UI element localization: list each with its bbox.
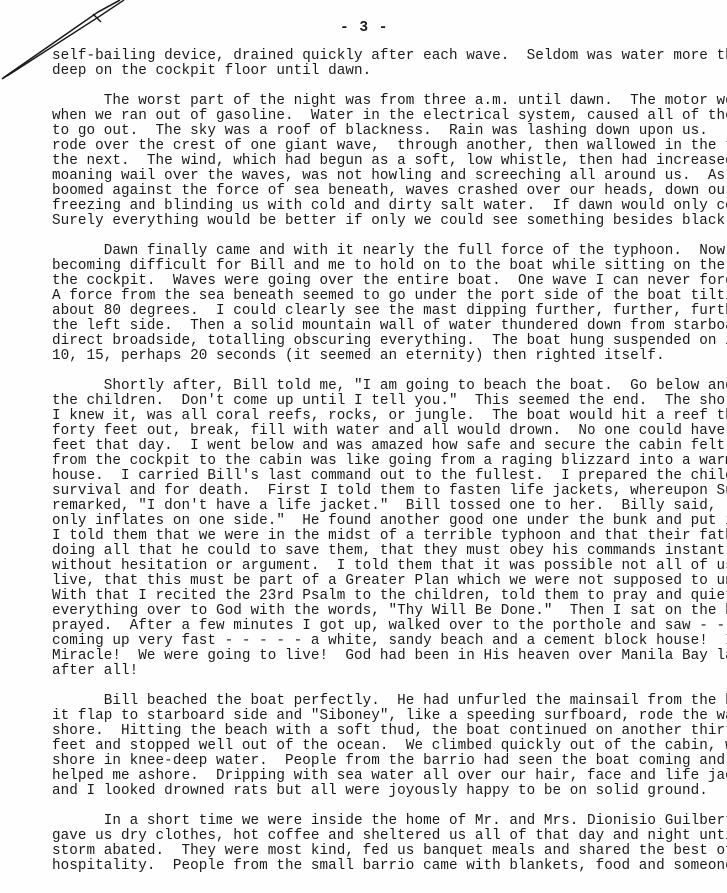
text-line: the next. The wind, which had begun as a…: [52, 154, 727, 169]
text-line: Surely everything would be better if onl…: [52, 214, 727, 229]
text-line: house. I carried Bill's last command out…: [52, 469, 727, 484]
text-line: self-bailing device, drained quickly aft…: [52, 49, 727, 64]
text-line: Dawn finally came and with it nearly the…: [52, 244, 727, 259]
text-line: 10, 15, perhaps 20 seconds (it seemed an…: [52, 349, 727, 364]
text-line: doing all that he could to save them, th…: [52, 544, 727, 559]
text-line: when we ran out of gasoline. Water in th…: [52, 109, 727, 124]
text-line: coming up very fast - - - - - a white, s…: [52, 634, 727, 649]
text-line: to go out. The sky was a roof of blackne…: [52, 124, 727, 139]
text-line: survival and for death. First I told the…: [52, 484, 727, 499]
text-line: about 80 degrees. I could clearly see th…: [52, 304, 727, 319]
text-line: after all!: [52, 664, 727, 679]
text-line: the children. Don't come up until I tell…: [52, 394, 727, 409]
text-line: Bill beached the boat perfectly. He had …: [52, 694, 727, 709]
typewritten-body: self-bailing device, drained quickly aft…: [52, 49, 727, 889]
text-line: A force from the sea beneath seemed to g…: [52, 289, 727, 304]
text-line: gave us dry clothes, hot coffee and shel…: [52, 829, 727, 844]
text-line: boomed against the force of sea beneath,…: [52, 184, 727, 199]
text-line: rode over the crest of one giant wave, t…: [52, 139, 727, 154]
paragraph: self-bailing device, drained quickly aft…: [52, 49, 727, 79]
page-number: - 3 -: [340, 20, 389, 36]
text-line: shore in knee-deep water. People from th…: [52, 754, 727, 769]
text-line: storm abated. They were most kind, fed u…: [52, 844, 727, 859]
text-line: prayed. After a few minutes I got up, wa…: [52, 619, 727, 634]
text-line: I told them that we were in the midst of…: [52, 529, 727, 544]
text-line: In a short time we were inside the home …: [52, 814, 727, 829]
text-line: remarked, "I don't have a life jacket." …: [52, 499, 727, 514]
text-line: Shortly after, Bill told me, "I am going…: [52, 379, 727, 394]
text-line: direct broadside, totalling obscuring ev…: [52, 334, 727, 349]
text-line: With that I recited the 23rd Psalm to th…: [52, 589, 727, 604]
text-line: feet and stopped well out of the ocean. …: [52, 739, 727, 754]
text-line: everything over to God with the words, "…: [52, 604, 727, 619]
document-page: - 3 - self-bailing device, drained quick…: [0, 0, 727, 893]
text-line: deep on the cockpit floor until dawn.: [52, 64, 727, 79]
text-line: I knew it, was all coral reefs, rocks, o…: [52, 409, 727, 424]
text-line: feet that day. I went below and was amaz…: [52, 439, 727, 454]
text-line: from the cockpit to the cabin was like g…: [52, 454, 727, 469]
text-line: becoming difficult for Bill and me to ho…: [52, 259, 727, 274]
paragraph: Shortly after, Bill told me, "I am going…: [52, 379, 727, 679]
paragraph: Dawn finally came and with it nearly the…: [52, 244, 727, 364]
text-line: without hesitation or argument. I told t…: [52, 559, 727, 574]
text-line: Miracle! We were going to live! God had …: [52, 649, 727, 664]
text-line: it flap to starboard side and "Siboney",…: [52, 709, 727, 724]
text-line: the left side. Then a solid mountain wal…: [52, 319, 727, 334]
text-line: shore. Hitting the beach with a soft thu…: [52, 724, 727, 739]
text-line: and I looked drowned rats but all were j…: [52, 784, 727, 799]
paragraph: The worst part of the night was from thr…: [52, 94, 727, 229]
text-line: only inflates on one side." He found ano…: [52, 514, 727, 529]
paragraph: In a short time we were inside the home …: [52, 814, 727, 874]
text-line: The worst part of the night was from thr…: [52, 94, 727, 109]
text-line: live, that this must be part of a Greate…: [52, 574, 727, 589]
text-line: freezing and blinding us with cold and d…: [52, 199, 727, 214]
text-line: moaning wail over the waves, was not how…: [52, 169, 727, 184]
text-line: forty feet out, break, fill with water a…: [52, 424, 727, 439]
text-line: hospitality. People from the small barri…: [52, 859, 727, 874]
text-line: helped me ashore. Dripping with sea wate…: [52, 769, 727, 784]
paragraph: Bill beached the boat perfectly. He had …: [52, 694, 727, 799]
text-line: the cockpit. Waves were going over the e…: [52, 274, 727, 289]
